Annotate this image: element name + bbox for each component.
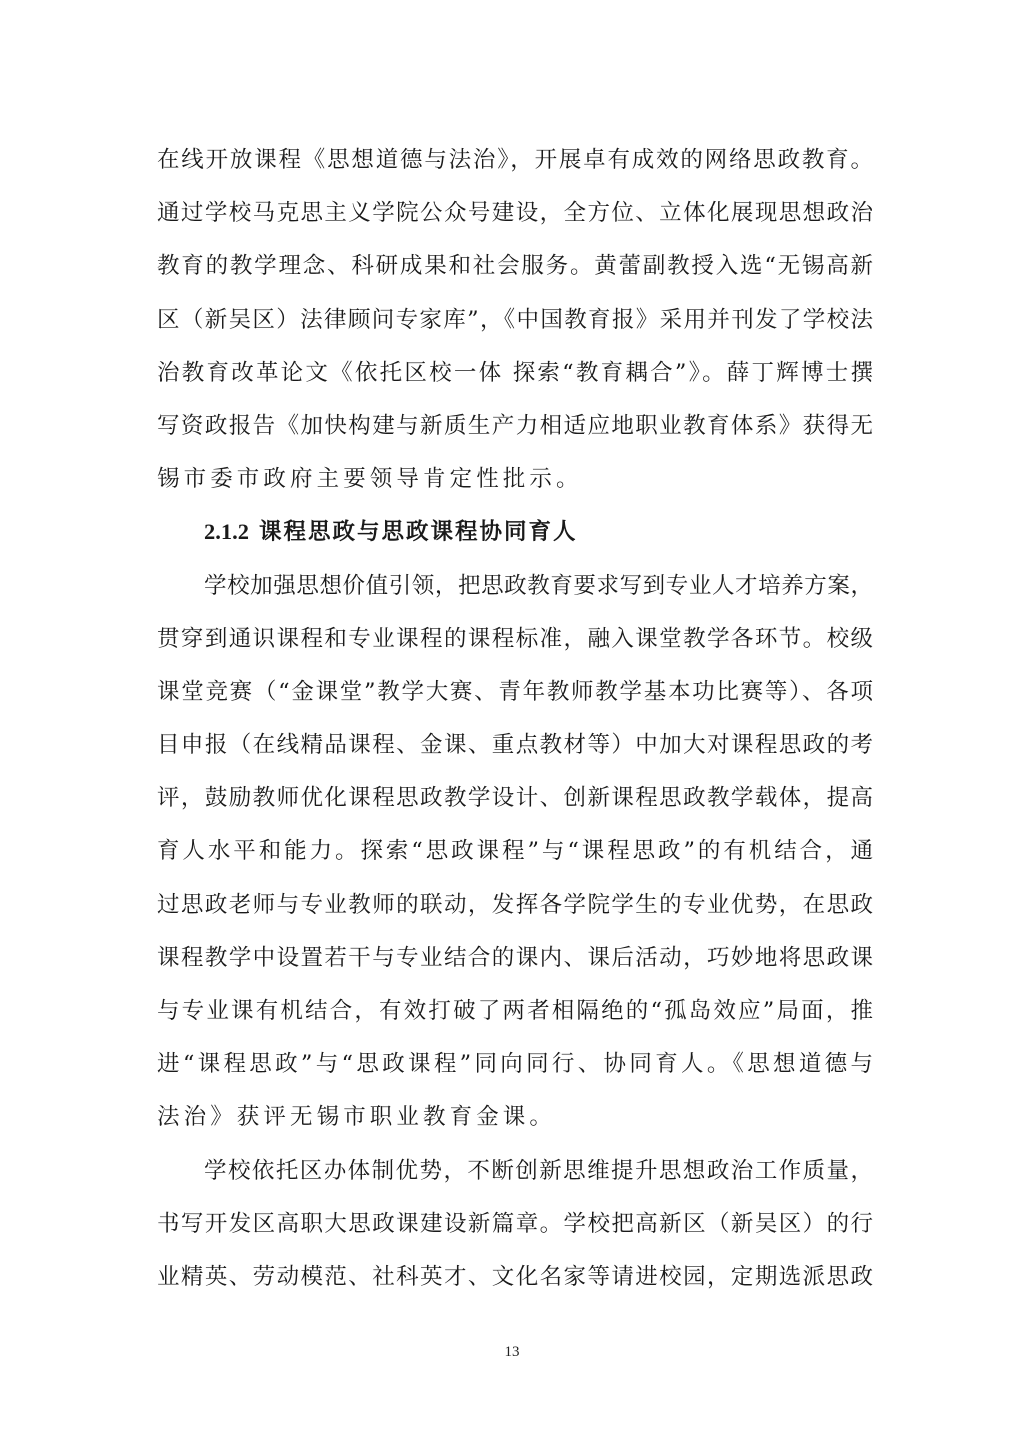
page-content: 在线开放课程《思想道德与法治》，开展卓有成效的网络思政教育。 通过学校马克思主义… <box>157 138 873 1308</box>
text-line: 评，鼓励教师优化课程思政教学设计、创新课程思政教学载体，提高 <box>157 776 873 829</box>
text-line: 书写开发区高职大思政课建设新篇章。学校把高新区（新吴区）的行 <box>157 1202 873 1255</box>
text-line: 锡市委市政府主要领导肯定性批示。 <box>157 457 873 510</box>
text-line: 写资政报告《加快构建与新质生产力相适应地职业教育体系》获得无 <box>157 404 873 457</box>
page-number: 13 <box>0 1344 1024 1361</box>
text-line: 课堂竞赛（“金课堂”教学大赛、青年教师教学基本功比赛等）、各项 <box>157 670 873 723</box>
text-line: 业精英、劳动模范、社科英才、文化名家等请进校园，定期选派思政 <box>157 1255 873 1308</box>
text-line: 区（新吴区）法律顾问专家库”，《中国教育报》采用并刊发了学校法 <box>157 298 873 351</box>
text-line: 目申报（在线精品课程、金课、重点教材等）中加大对课程思政的考 <box>157 723 873 776</box>
document-page: 在线开放课程《思想道德与法治》，开展卓有成效的网络思政教育。 通过学校马克思主义… <box>0 0 1024 1448</box>
text-line: 与专业课有机结合，有效打破了两者相隔绝的“孤岛效应”局面，推 <box>157 989 873 1042</box>
text-line: 法治》获评无锡市职业教育金课。 <box>157 1095 873 1148</box>
text-line: 教育的教学理念、科研成果和社会服务。黄蕾副教授入选“无锡高新 <box>157 244 873 297</box>
text-line: 育人水平和能力。探索“思政课程”与“课程思政”的有机结合，通 <box>157 829 873 882</box>
section-number: 2.1.2 <box>204 519 249 544</box>
paragraph: 学校依托区办体制优势，不断创新思维提升思想政治工作质量， 书写开发区高职大思政课… <box>157 1149 873 1309</box>
paragraph-continuation: 在线开放课程《思想道德与法治》，开展卓有成效的网络思政教育。 通过学校马克思主义… <box>157 138 873 510</box>
text-line: 学校加强思想价值引领，把思政教育要求写到专业人才培养方案， <box>157 564 873 617</box>
text-line: 学校依托区办体制优势，不断创新思维提升思想政治工作质量， <box>157 1149 873 1202</box>
text-line: 贯穿到通识课程和专业课程的课程标准，融入课堂教学各环节。校级 <box>157 617 873 670</box>
text-line: 进“课程思政”与“思政课程”同向同行、协同育人。《思想道德与 <box>157 1042 873 1095</box>
text-line: 治教育改革论文《依托区校一体 探索“教育耦合”》。薛丁辉博士撰 <box>157 351 873 404</box>
section-title: 课程思政与思政课程协同育人 <box>259 519 578 545</box>
section-heading: 2.1.2课程思政与思政课程协同育人 <box>157 510 873 563</box>
text-line: 在线开放课程《思想道德与法治》，开展卓有成效的网络思政教育。 <box>157 138 873 191</box>
text-line: 通过学校马克思主义学院公众号建设，全方位、立体化展现思想政治 <box>157 191 873 244</box>
paragraph: 学校加强思想价值引领，把思政教育要求写到专业人才培养方案， 贯穿到通识课程和专业… <box>157 564 873 1149</box>
text-line: 课程教学中设置若干与专业结合的课内、课后活动，巧妙地将思政课 <box>157 936 873 989</box>
text-line: 过思政老师与专业教师的联动，发挥各学院学生的专业优势，在思政 <box>157 883 873 936</box>
